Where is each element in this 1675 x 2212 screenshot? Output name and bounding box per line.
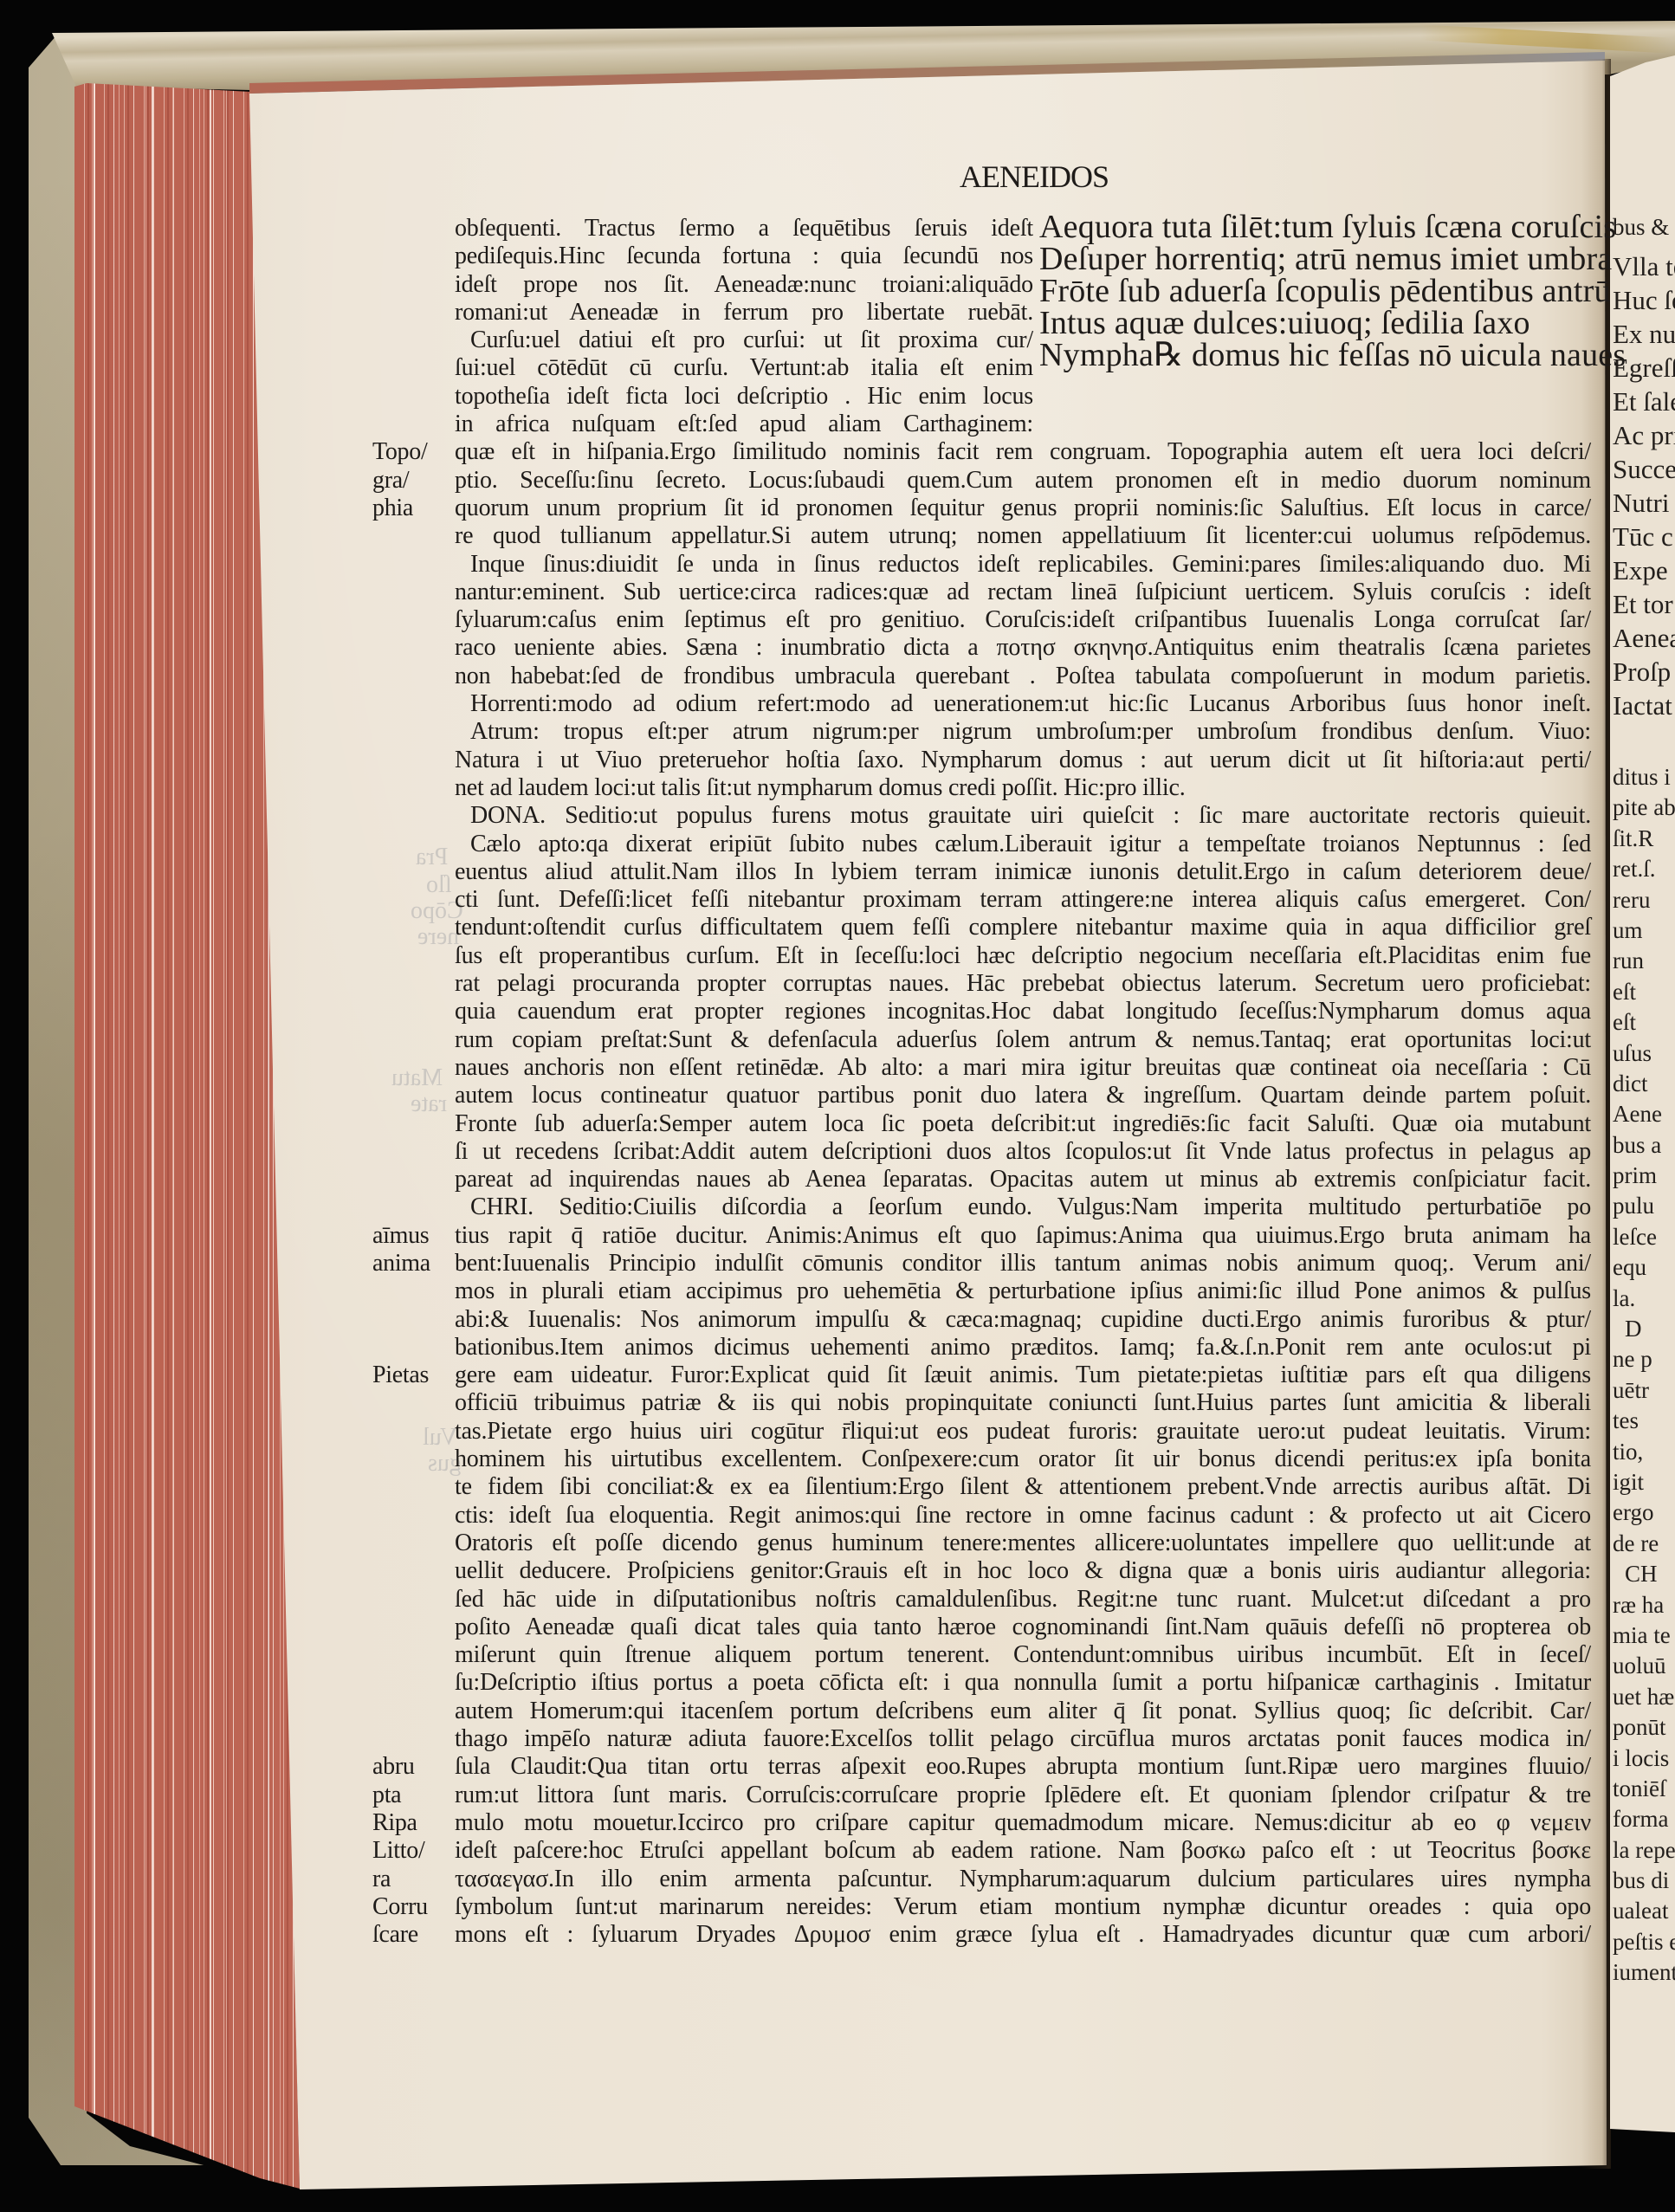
- text-line: ualeat: [1613, 1896, 1675, 1926]
- marginal-note: [372, 1306, 455, 1334]
- marginal-note: anima: [372, 1250, 455, 1277]
- line-text: ſu:Deſcriptio iſtius portus a poeta cōfi…: [455, 1669, 1591, 1697]
- text-line: uet hæ: [1613, 1682, 1675, 1712]
- verse-line: Vlla te: [1613, 249, 1675, 283]
- text-line: ræ ha: [1613, 1590, 1675, 1620]
- line-text: mos in plurali etiam accipimus pro uehem…: [455, 1277, 1591, 1305]
- line-text: CHRI. Seditio:Ciuilis diſcordia a ſeorſu…: [455, 1193, 1591, 1221]
- text-line: ſui:uel cōtēdūt cū curſu. Vertunt:ab ita…: [372, 354, 1602, 382]
- text-line: tas.Pietate ergo huius uiri cogūtur r̄li…: [372, 1418, 1602, 1446]
- marginal-note: [372, 411, 455, 438]
- marginal-note: Pietas: [372, 1361, 455, 1389]
- line-text: mons eſt : ſyluarum Dryades Δρυμοσ enim …: [455, 1921, 1591, 1949]
- line-text: poſito Aeneadæ quaſi dicat tales quia ta…: [455, 1614, 1591, 1641]
- line-text: ſed hāc uide in diſputationibus noſtris …: [455, 1586, 1591, 1614]
- marginal-note: phia: [372, 495, 455, 522]
- text-line: ponūt: [1613, 1712, 1675, 1743]
- text-line: Inque ſinus:diuidit ſe unda in ſinus red…: [372, 551, 1602, 579]
- text-line: ſed hāc uide in diſputationibus noſtris …: [372, 1586, 1602, 1614]
- text-line: Ripa mulo motu mouetur.Iccirco pro criſp…: [372, 1809, 1602, 1837]
- text-line: pediſequis.Hinc ſecunda fortuna : quia ſ…: [372, 243, 1602, 270]
- text-line: hominem his uirtutibus excellentem. Conſ…: [372, 1446, 1602, 1473]
- marginal-note: [372, 1725, 455, 1753]
- line-text: thago impēſo naturæ adiuta fauore:Excelſ…: [455, 1725, 1591, 1753]
- line-text: gere eam uideatur. Furor:Explicat quid ſ…: [455, 1361, 1591, 1389]
- line-text: nantur:eminent. Sub uertice:circa radice…: [455, 579, 1591, 606]
- verse-line: Tūc c: [1613, 520, 1675, 553]
- text-line: Litto/ ideſt paſcere:hoc Etruſci appella…: [372, 1837, 1602, 1865]
- line-text: ideſt paſcere:hoc Etruſci appellant boſc…: [455, 1837, 1591, 1865]
- text-line: ideſt prope nos ſit. Aeneadæ:nunc troian…: [372, 271, 1602, 299]
- text-line: ſyluarum:caſus enim ſeptimus eſt pro gen…: [372, 606, 1602, 634]
- text-line: autem locus contineatur quatuor partibus…: [372, 1082, 1602, 1109]
- text-line: pite ab: [1613, 792, 1675, 823]
- text-line: igit: [1613, 1467, 1675, 1497]
- line-text: cti ſunt. Defeſſi:licet feſſi nitebantur…: [455, 886, 1591, 914]
- verse-line: Iactat: [1613, 689, 1675, 722]
- text-line: re quod tullianum appellatur.Si autem ut…: [372, 522, 1602, 550]
- text-line: Pietas gere eam uideatur. Furor:Explicat…: [372, 1361, 1602, 1389]
- marginal-note: [372, 942, 455, 970]
- line-text: ſi ut recedens ſcribat:Addit autem deſcr…: [455, 1138, 1591, 1166]
- line-text: tas.Pietate ergo huius uiri cogūtur r̄li…: [455, 1418, 1591, 1446]
- text-line: pareat ad inquirendas naues ab Aenea ſep…: [372, 1166, 1602, 1193]
- text-line: prim: [1613, 1161, 1675, 1191]
- text-line: eſt: [1613, 1007, 1675, 1038]
- line-text: non habebat:ſed de frondibus umbracula q…: [455, 663, 1591, 690]
- verse-line: Nutri: [1613, 486, 1675, 520]
- line-text: miſerunt quin ſtrenue aliquem portum ten…: [455, 1641, 1591, 1669]
- text-line: abi:& Iuuenalis: Nos animorum impulſu & …: [372, 1306, 1602, 1334]
- text-line: pta rum:ut littora ſunt maris. Corruſcis…: [372, 1782, 1602, 1809]
- marginal-note: [372, 886, 455, 914]
- line-text: rum copiam preſtat:Sunt & defenſacula ad…: [455, 1026, 1591, 1054]
- line-text: ſui:uel cōtēdūt cū curſu. Vertunt:ab ita…: [455, 354, 1033, 382]
- text-line: bus a: [1613, 1130, 1675, 1161]
- line-text: τασαεγασ.In illo enim armenta paſcuntur.…: [455, 1866, 1591, 1893]
- line-text: quorum unum proprium ſit id pronomen ſeq…: [455, 495, 1591, 522]
- text-line: gra/ ptio. Seceſſu:ſinu ſecreto. Locus:ſ…: [372, 467, 1602, 495]
- line-text: uellit deducere. Proſpiciens genitor:Gra…: [455, 1557, 1591, 1585]
- marginal-note: pta: [372, 1782, 455, 1809]
- facing-page-commentary: ditus ipite abſit.Rret.ſ.reruumruneſteſt…: [1613, 762, 1675, 1989]
- marginal-note: [372, 970, 455, 998]
- marginal-note: [372, 579, 455, 606]
- verse-line: Egreſſi: [1613, 351, 1675, 385]
- text-line: ſus eſt properantibus curſum. Eſt in ſec…: [372, 942, 1602, 970]
- line-text: ideſt prope nos ſit. Aeneadæ:nunc troian…: [455, 271, 1033, 299]
- marginal-note: [372, 522, 455, 550]
- running-head: AENEIDOS: [960, 159, 1109, 194]
- text-line: dict: [1613, 1069, 1675, 1099]
- verse-line: Ac pri: [1613, 418, 1675, 452]
- text-line: toniēſ: [1613, 1774, 1675, 1804]
- line-text: Fronte ſub aduerſa:Semper autem loca ſic…: [455, 1110, 1591, 1138]
- marginal-note: ra: [372, 1866, 455, 1893]
- line-text: rum:ut littora ſunt maris. Corruſcis:cor…: [455, 1782, 1591, 1809]
- text-line: phia quorum unum proprium ſit id pronome…: [372, 495, 1602, 522]
- marginal-note: [372, 1502, 455, 1530]
- text-line: quia cauendum erat propter regiones inco…: [372, 998, 1602, 1025]
- line-text: topotheſia ideſt ficta loci deſcriptio .…: [455, 383, 1033, 411]
- marginal-note: [372, 718, 455, 746]
- text-line: obſequenti. Tractus ſermo a ſequētibus ſ…: [372, 215, 1602, 243]
- line-text: tendunt:oſtendit curſus difficultatem qu…: [455, 914, 1591, 941]
- line-text: quæ eſt in hiſpania.Ergo ſimilitudo nomi…: [455, 438, 1591, 466]
- text-line: romani:ut Aeneadæ in ferrum pro libertat…: [372, 299, 1602, 327]
- text-line: naues anchoris non eſſent retinēdæ. Ab a…: [372, 1054, 1602, 1082]
- marginal-note: [372, 663, 455, 690]
- marginal-note: [372, 1698, 455, 1725]
- text-line: peſtis e: [1613, 1927, 1675, 1957]
- text-line: de re: [1613, 1529, 1675, 1559]
- text-line: thago impēſo naturæ adiuta fauore:Excelſ…: [372, 1725, 1602, 1753]
- line-text: in africa nuſquam eſt:ſed apud aliam Car…: [455, 411, 1033, 438]
- marginal-note: [372, 1418, 455, 1446]
- line-text: hominem his uirtutibus excellentem. Conſ…: [455, 1446, 1591, 1473]
- verse-line: Expe: [1613, 553, 1675, 587]
- marginal-note: [372, 243, 455, 270]
- text-line: i locis: [1613, 1743, 1675, 1774]
- verse-line: Aenea: [1613, 621, 1675, 655]
- line-text: abi:& Iuuenalis: Nos animorum impulſu & …: [455, 1306, 1591, 1334]
- verse-line: Proſp: [1613, 655, 1675, 689]
- text-line: in africa nuſquam eſt:ſed apud aliam Car…: [372, 411, 1602, 438]
- marginal-note: [372, 1193, 455, 1221]
- text-line: topotheſia ideſt ficta loci deſcriptio .…: [372, 383, 1602, 411]
- marginal-note: Litto/: [372, 1837, 455, 1865]
- text-line: ſu:Deſcriptio iſtius portus a poeta cōfi…: [372, 1669, 1602, 1697]
- text-line: reru: [1613, 885, 1675, 915]
- text-line: bus di: [1613, 1866, 1675, 1896]
- line-text: Curſu:uel datiui eſt pro curſui: ut ſit …: [455, 327, 1033, 354]
- text-line: rum copiam preſtat:Sunt & defenſacula ad…: [372, 1026, 1602, 1054]
- line-text: DONA. Seditio:ut populus furens motus gr…: [455, 802, 1591, 830]
- marginal-note: [372, 1614, 455, 1641]
- text-line: um: [1613, 915, 1675, 946]
- marginal-note: [372, 1082, 455, 1109]
- text-line: cti ſunt. Defeſſi:licet feſſi nitebantur…: [372, 886, 1602, 914]
- line-text: ctis: ideſt ſua eloquentia. Regit animos…: [455, 1502, 1591, 1530]
- marginal-note: [372, 634, 455, 662]
- text-line: CHRI. Seditio:Ciuilis diſcordia a ſeorſu…: [372, 1193, 1602, 1221]
- text-line: ergo: [1613, 1497, 1675, 1528]
- text-line: iument: [1613, 1957, 1675, 1988]
- text-line: uoluū: [1613, 1651, 1675, 1681]
- marginal-note: [372, 1530, 455, 1557]
- text-line: leſce: [1613, 1222, 1675, 1252]
- line-text: ptio. Seceſſu:ſinu ſecreto. Locus:ſubaud…: [455, 467, 1591, 495]
- marginal-note: Ripa: [372, 1809, 455, 1837]
- text-line: CH: [1613, 1559, 1675, 1589]
- marginal-note: ſcare: [372, 1921, 455, 1949]
- text-line: miſerunt quin ſtrenue aliquem portum ten…: [372, 1641, 1602, 1669]
- marginal-note: [372, 1054, 455, 1082]
- text-line: la.: [1613, 1284, 1675, 1314]
- marginal-note: [372, 1641, 455, 1669]
- text-line: Curſu:uel datiui eſt pro curſui: ut ſit …: [372, 327, 1602, 354]
- marginal-note: [372, 606, 455, 634]
- text-line: DONA. Seditio:ut populus furens motus gr…: [372, 802, 1602, 830]
- text-line: mos in plurali etiam accipimus pro uehem…: [372, 1277, 1602, 1305]
- marginal-note: abru: [372, 1753, 455, 1781]
- marginal-note: [372, 747, 455, 774]
- text-line: run: [1613, 946, 1675, 976]
- text-line: forma: [1613, 1804, 1675, 1834]
- verse-line: Ex num: [1613, 317, 1675, 351]
- text-line: nantur:eminent. Sub uertice:circa radice…: [372, 579, 1602, 606]
- text-line: pulu: [1613, 1191, 1675, 1221]
- marginal-note: [372, 914, 455, 941]
- marginal-note: Corru: [372, 1893, 455, 1921]
- marginal-note: [372, 299, 455, 327]
- commentary-text: obſequenti. Tractus ſermo a ſequētibus ſ…: [372, 215, 1602, 1949]
- marginal-note: [372, 1110, 455, 1138]
- text-line: uellit deducere. Proſpiciens genitor:Gra…: [372, 1557, 1602, 1585]
- text-line: D: [1613, 1314, 1675, 1344]
- text-line: uſus: [1613, 1038, 1675, 1069]
- marginal-note: [372, 1557, 455, 1585]
- text-line: bationibus.Item animos dicimus uehementi…: [372, 1334, 1602, 1361]
- text-line: poſito Aeneadæ quaſi dicat tales quia ta…: [372, 1614, 1602, 1641]
- line-text: Inque ſinus:diuidit ſe unda in ſinus red…: [455, 551, 1591, 579]
- text-line: tio,: [1613, 1437, 1675, 1467]
- line-text: naues anchoris non eſſent retinēdæ. Ab a…: [455, 1054, 1591, 1082]
- marginal-note: [372, 1026, 455, 1054]
- line-text: autem Homerum:qui itacenſem portum deſcr…: [455, 1698, 1591, 1725]
- text-line: ditus i: [1613, 762, 1675, 792]
- text-line: Topo/ quæ eſt in hiſpania.Ergo ſimilitud…: [372, 438, 1602, 466]
- verse-line: Et tor: [1613, 587, 1675, 621]
- text-line: ra τασαεγασ.In illo enim armenta paſcunt…: [372, 1866, 1602, 1893]
- marginal-note: [372, 998, 455, 1025]
- marginal-note: [372, 690, 455, 718]
- marginal-note: [372, 774, 455, 802]
- marginal-note: [372, 1277, 455, 1305]
- marginal-note: [372, 802, 455, 830]
- line-text: rat pelagi procuranda propter corruptas …: [455, 970, 1591, 998]
- text-line: mia te: [1613, 1620, 1675, 1651]
- line-text: Cælo apto:qa dixerat eripiūt ſubito nube…: [455, 831, 1591, 858]
- marginal-note: [372, 215, 455, 243]
- text-line: uētr: [1613, 1375, 1675, 1406]
- text-line: tes: [1613, 1406, 1675, 1436]
- line-text: pareat ad inquirendas naues ab Aenea ſep…: [455, 1166, 1591, 1193]
- text-line: te fidem ſibi conciliat:& ex ea ſilentiu…: [372, 1473, 1602, 1501]
- text-line: ne p: [1613, 1344, 1675, 1374]
- marginal-note: Topo/: [372, 438, 455, 466]
- marginal-note: [372, 354, 455, 382]
- marginal-note: [372, 1166, 455, 1193]
- text-line: euentus aliud attulit.Nam illos In lybie…: [372, 858, 1602, 886]
- marginal-note: [372, 271, 455, 299]
- marginal-note: [372, 1446, 455, 1473]
- line-text: tius rapit q̄ ratiōe ducitur. Animis:Ani…: [455, 1222, 1591, 1250]
- marginal-note: aīmus: [372, 1222, 455, 1250]
- line-text: mulo motu mouetur.Iccirco pro criſpare c…: [455, 1809, 1591, 1837]
- text-line: la repe: [1613, 1835, 1675, 1866]
- text-line: Cælo apto:qa dixerat eripiūt ſubito nube…: [372, 831, 1602, 858]
- text-line: aīmus tius rapit q̄ ratiōe ducitur. Anim…: [372, 1222, 1602, 1250]
- marginal-note: [372, 551, 455, 579]
- text-line: net ad laudem loci:ut talis ſit:ut nymph…: [372, 774, 1602, 802]
- line-text: romani:ut Aeneadæ in ferrum pro libertat…: [455, 299, 1033, 327]
- verse-line: Huc ſe: [1613, 283, 1675, 317]
- line-text: Atrum: tropus eſt:per atrum nigrum:per n…: [455, 718, 1591, 746]
- line-text: euentus aliud attulit.Nam illos In lybie…: [455, 858, 1591, 886]
- text-line: equ: [1613, 1252, 1675, 1283]
- line-text: quia cauendum erat propter regiones inco…: [455, 998, 1591, 1025]
- line-text: obſequenti. Tractus ſermo a ſequētibus ſ…: [455, 215, 1033, 243]
- text-line: ſi ut recedens ſcribat:Addit autem deſcr…: [372, 1138, 1602, 1166]
- text-line: Atrum: tropus eſt:per atrum nigrum:per n…: [372, 718, 1602, 746]
- text-line: raco ueniente abies. Sæna : inumbratio d…: [372, 634, 1602, 662]
- text-line: Corru ſymbolum ſunt:ut marinarum nereide…: [372, 1893, 1602, 1921]
- facing-page-verse: Vlla teHuc ſeEx numEgreſſiEt ſale tAc pr…: [1613, 249, 1675, 762]
- book-photograph: Pra ſlo Cōpo nere Matu rate Vul gus AENE…: [0, 0, 1675, 2212]
- marginal-note: [372, 1138, 455, 1166]
- text-line: anima bent:Iuuenalis Principio indulſit …: [372, 1250, 1602, 1277]
- line-text: autem locus contineatur quatuor partibus…: [455, 1082, 1591, 1109]
- line-text: Horrenti:modo ad odium refert:modo ad ue…: [455, 690, 1591, 718]
- line-text: ſymbolum ſunt:ut marinarum nereides: Ver…: [455, 1893, 1591, 1921]
- facing-page-text: bus & n Vlla teHuc ſeEx numEgreſſiEt ſal…: [1613, 213, 1675, 2015]
- text-line: Horrenti:modo ad odium refert:modo ad ue…: [372, 690, 1602, 718]
- line-text: net ad laudem loci:ut talis ſit:ut nymph…: [455, 774, 1591, 802]
- text-line: ret.ſ.: [1613, 854, 1675, 884]
- marginal-note: [372, 858, 455, 886]
- text-line: rat pelagi procuranda propter corruptas …: [372, 970, 1602, 998]
- text-line: officiū tribuimus patriæ & iis qui nobis…: [372, 1389, 1602, 1417]
- text-line: ctis: ideſt ſua eloquentia. Regit animos…: [372, 1502, 1602, 1530]
- marginal-note: [372, 1389, 455, 1417]
- verse-line: Succe: [1613, 452, 1675, 486]
- line-text: ſula Claudit:Qua titan ortu terras aſpex…: [455, 1753, 1591, 1781]
- marginal-note: [372, 1334, 455, 1361]
- marginal-note: [372, 1669, 455, 1697]
- text-line: tendunt:oſtendit curſus difficultatem qu…: [372, 914, 1602, 941]
- marginal-note: [372, 383, 455, 411]
- marginal-note: [372, 1586, 455, 1614]
- line-text: Oratoris eſt poſſe dicendo genus huminum…: [455, 1530, 1591, 1557]
- text-line: Aene: [1613, 1099, 1675, 1129]
- text-line: non habebat:ſed de frondibus umbracula q…: [372, 663, 1602, 690]
- line-text: officiū tribuimus patriæ & iis qui nobis…: [455, 1389, 1591, 1417]
- marginal-note: [372, 1473, 455, 1501]
- line-text: raco ueniente abies. Sæna : inumbratio d…: [455, 634, 1591, 662]
- line-text: re quod tullianum appellatur.Si autem ut…: [455, 522, 1591, 550]
- marginal-note: [372, 327, 455, 354]
- line-text: bent:Iuuenalis Principio indulſit cōmuni…: [455, 1250, 1591, 1277]
- line-text: Natura i ut Viuo preteruehor hoſtia ſaxo…: [455, 747, 1591, 774]
- facing-page-first-line: bus & n: [1613, 213, 1675, 249]
- verse-line: Et ſale t: [1613, 385, 1675, 418]
- text-line: ſcare mons eſt : ſyluarum Dryades Δρυμοσ…: [372, 1921, 1602, 1949]
- text-line: abru ſula Claudit:Qua titan ortu terras …: [372, 1753, 1602, 1781]
- marginal-note: [372, 831, 455, 858]
- text-line: ſit.R: [1613, 824, 1675, 854]
- line-text: bationibus.Item animos dicimus uehementi…: [455, 1334, 1591, 1361]
- text-line: Oratoris eſt poſſe dicendo genus huminum…: [372, 1530, 1602, 1557]
- text-line: Natura i ut Viuo preteruehor hoſtia ſaxo…: [372, 747, 1602, 774]
- text-line: autem Homerum:qui itacenſem portum deſcr…: [372, 1698, 1602, 1725]
- line-text: ſyluarum:caſus enim ſeptimus eſt pro gen…: [455, 606, 1591, 634]
- marginal-note: gra/: [372, 467, 455, 495]
- line-text: ſus eſt properantibus curſum. Eſt in ſec…: [455, 942, 1591, 970]
- text-line: Fronte ſub aduerſa:Semper autem loca ſic…: [372, 1110, 1602, 1138]
- text-line: eſt: [1613, 977, 1675, 1007]
- line-text: pediſequis.Hinc ſecunda fortuna : quia ſ…: [455, 243, 1033, 270]
- line-text: te fidem ſibi conciliat:& ex ea ſilentiu…: [455, 1473, 1591, 1501]
